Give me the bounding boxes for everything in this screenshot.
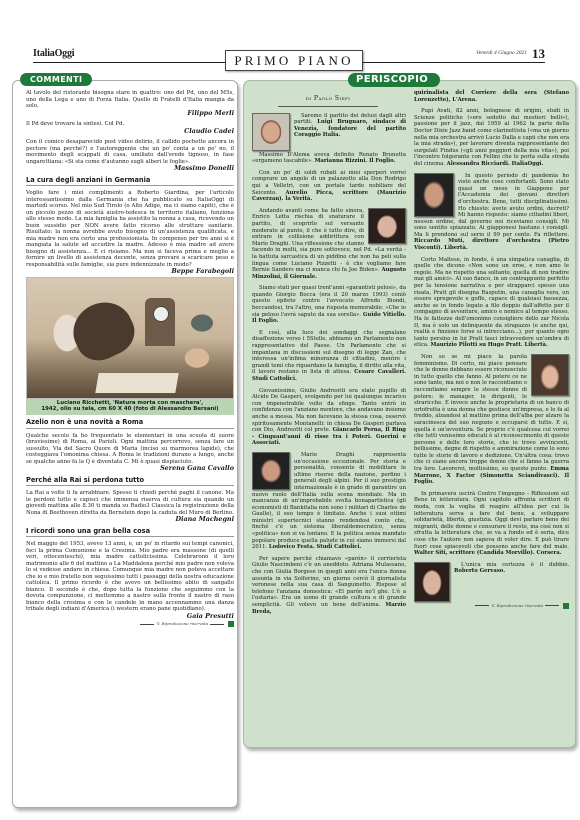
periscopio-tab: PERISCOPIO (348, 73, 440, 87)
letter-author: Beppe Farabegoli (26, 268, 234, 275)
end-square-icon (563, 603, 569, 609)
quote: Con un po' di soldi rubati ai miei sperp… (252, 170, 406, 203)
copyright-text: © Riproduzione riservata (491, 603, 543, 608)
quote-source: Marianna Rizzini. Il Foglio. (315, 158, 396, 164)
comment-author: Claudio Cadei (26, 128, 234, 135)
periscopio-column-2: quirinalista del Corriere della sera (St… (414, 90, 569, 609)
section-title: PRIMO PIANO (225, 50, 363, 71)
letter-title: Perché alla Rai si perdona tutto (26, 477, 234, 487)
quote-source: Roberto Gervaso. (454, 568, 505, 574)
letter-author: Diana Machegni (26, 516, 234, 523)
quote: quirinalista del Corriere della sera (St… (414, 90, 569, 103)
newspaper-logo: ItaliaOggi (33, 48, 77, 59)
quote-source: Alessandra Ricciardi. ItaliaOggi. (447, 161, 544, 167)
byline: di Paolo Siepi (278, 96, 378, 107)
end-square-icon (228, 621, 234, 627)
comment-author: Filippo Merli (26, 110, 234, 117)
portrait-siti (414, 562, 450, 602)
painting-clock (145, 298, 175, 346)
commenti-column: Al tavolo del ristorante bisogna stare i… (26, 90, 234, 628)
comment-text: Al tavolo del ristorante bisogna stare i… (26, 90, 234, 110)
quote: Massimo D'Alema aveva definito Renato Br… (252, 152, 406, 165)
quote-source: quirinalista del Corriere della sera (St… (414, 90, 569, 103)
painting-caption: Luciano Ricchetti, 'Natura morta con mas… (26, 399, 234, 416)
quote: E così, alla luce dei sondaggi che segna… (252, 330, 406, 383)
quote: Corto Maltese, in fondo, è una simpatica… (414, 257, 569, 349)
comment-author: Massimo Donelli (26, 165, 234, 172)
quote-source: Walter Siti, scrittore (Candida Morvillo… (414, 550, 562, 556)
letter-text: Qualche secolo fa ho frequentato le elem… (26, 433, 234, 466)
commenti-tab: COMMENTI (20, 73, 92, 86)
portrait-marrone (531, 354, 569, 396)
painting-image (26, 277, 234, 399)
quote-source: Maurizio Pilotti su Hugo Pratt. Libertà. (430, 342, 547, 348)
rule-line (545, 605, 559, 606)
masthead: ItaliaOggi PRIMO PIANO Venerdì 4 Giugno … (33, 48, 545, 68)
letter-text: Nel maggio del 1953, avevo 13 anni, e, u… (26, 541, 234, 613)
periscopio-column-1: di Paolo Siepi Saremo il partito dei del… (252, 96, 406, 620)
letter-author: Gaia Presutti (26, 613, 234, 620)
quote: Per sapere perché chiamavo «parón» il co… (252, 556, 406, 615)
copyright-mark: © Riproduzione riservata (414, 603, 569, 610)
issue-date: Venerdì 4 Giugno 2021 (473, 50, 527, 56)
quote-source: Lodovico Festa. Studi Cattolici. (269, 544, 361, 550)
letter-title: La cura degli anziani in Germania (26, 177, 234, 187)
quote-source: Riccardo Muti, direttore d'orchestra (Pi… (414, 238, 569, 251)
letter-text: La Rai a volte ti fa arrabbiare. Spesso … (26, 490, 234, 516)
copyright-mark: © Riproduzione riservata (26, 621, 234, 628)
rule-line (140, 624, 154, 625)
portrait-letta (368, 208, 406, 244)
rule-line (210, 624, 224, 625)
comment-text: Con il comico desaparecido post video de… (26, 139, 234, 165)
letter-title: I ricordi sono una gran bella cosa (26, 528, 234, 538)
quote: Pupi Avati, 82 anni, bolognese di origin… (414, 108, 569, 167)
painting-sheet-music (95, 373, 179, 393)
caption-line: 1942, olio su tela, cm 60 X 40 (foto di … (26, 406, 234, 413)
quote: In primavera uscirà Contro l'impegno - R… (414, 491, 569, 557)
portrait-brugnaro (252, 113, 290, 151)
rule-line (475, 605, 489, 606)
page-number: 13 (530, 46, 545, 62)
painting-mandolin (64, 292, 142, 367)
letter-text: Voglio fare i miei complimenti a Roberto… (26, 190, 234, 268)
letter-author: Serena Gana Cavallo (26, 465, 234, 472)
caption-line: Luciano Ricchetti, 'Natura morta con mas… (26, 400, 234, 407)
quote: Siamo stati per quasi trent'anni «garant… (252, 285, 406, 325)
quote: Giovanissimo, Giulio Andreotti era stato… (252, 388, 406, 447)
portrait-muti (414, 173, 454, 217)
letter-title: Azelio non è una novità a Roma (26, 419, 234, 429)
copyright-text: © Riproduzione riservata (156, 621, 208, 626)
portrait-draghi (252, 452, 290, 490)
